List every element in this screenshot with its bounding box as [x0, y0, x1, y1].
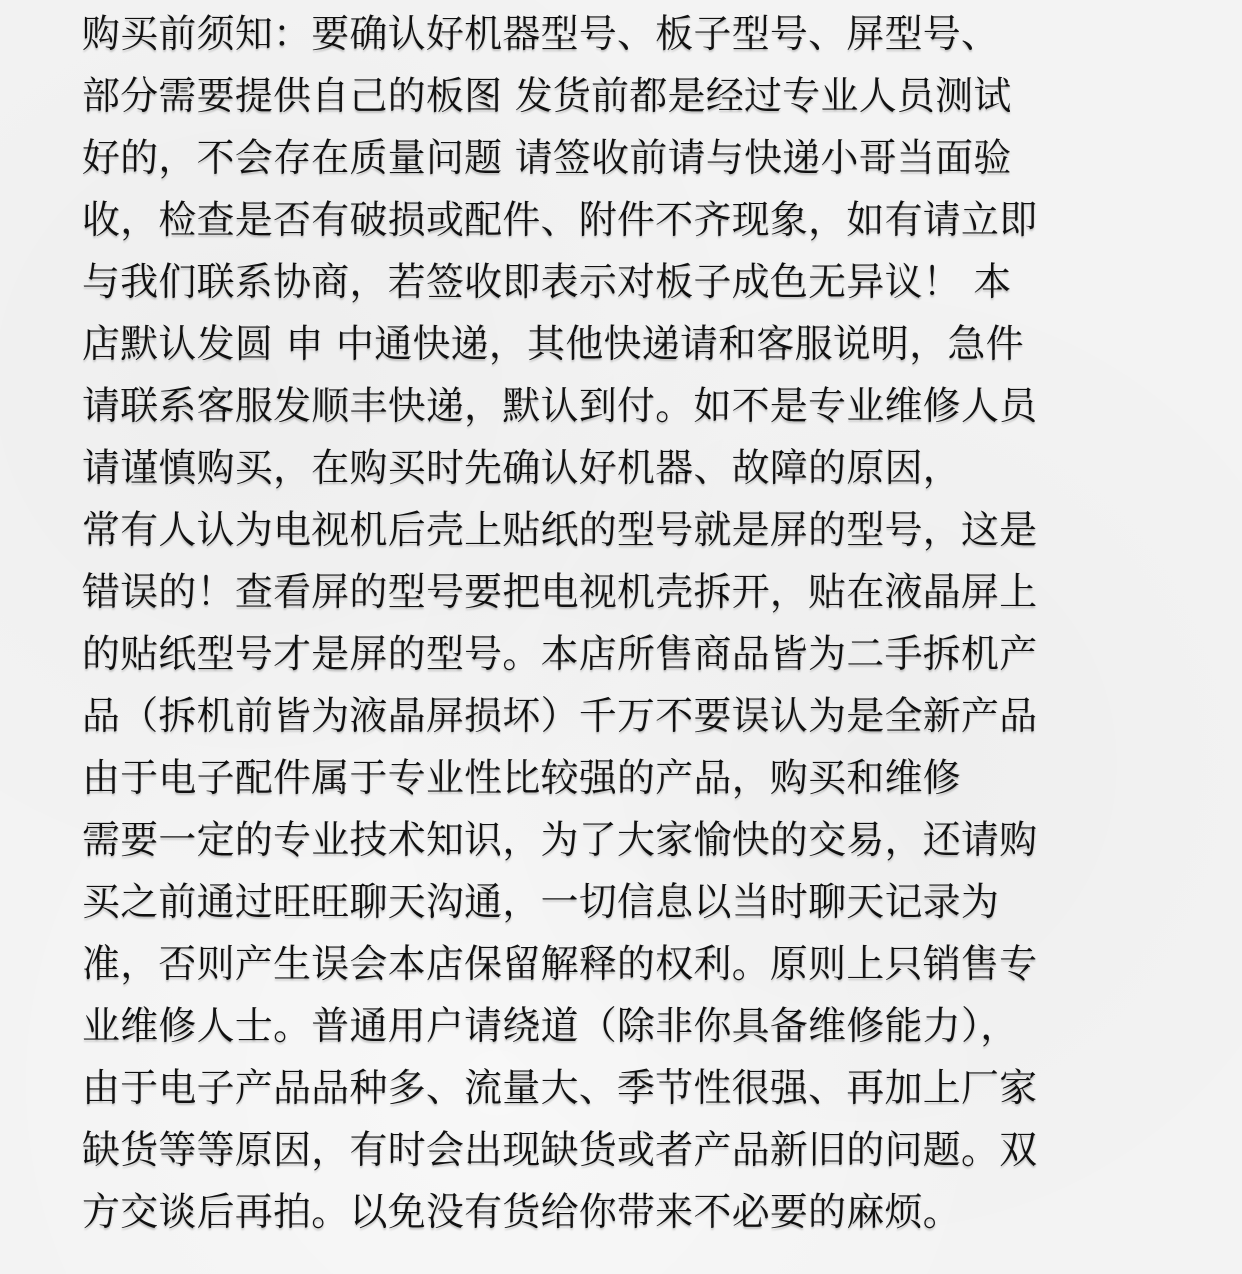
text-line: 常有人认为电视机后壳上贴纸的型号就是屏的型号，这是 — [82, 500, 1037, 562]
text-line: 与我们联系协商，若签收即表示对板子成色无异议！ 本 — [82, 252, 1012, 314]
text-line: 店默认发圆 申 中通快递，其他快递请和客服说明，急件 — [82, 314, 1024, 376]
text-line: 收，检查是否有破损或配件、附件不齐现象，如有请立即 — [82, 190, 1037, 252]
text-line: 买之前通过旺旺聊天沟通，一切信息以当时聊天记录为 — [82, 872, 999, 934]
text-line: 部分需要提供自己的板图 发货前都是经过专业人员测试 — [82, 66, 1012, 128]
text-line: 请谨慎购买，在购买时先确认好机器、故障的原因， — [82, 438, 961, 500]
text-line: 由于电子配件属于专业性比较强的产品，购买和维修 — [82, 748, 961, 810]
text-line: 缺货等等原因，有时会出现缺货或者产品新旧的问题。双 — [82, 1120, 1037, 1182]
text-line: 请联系客服发顺丰快递，默认到付。如不是专业维修人员 — [82, 376, 1037, 438]
text-line: 品（拆机前皆为液晶屏损坏）千万不要误认为是全新产品 — [82, 686, 1037, 748]
text-line: 购买前须知：要确认好机器型号、板子型号、屏型号、 — [82, 4, 999, 66]
text-line: 需要一定的专业技术知识，为了大家愉快的交易，还请购 — [82, 810, 1037, 872]
text-line: 准，否则产生误会本店保留解释的权利。原则上只销售专 — [82, 934, 1037, 996]
text-line: 方交谈后再拍。以免没有货给你带来不必要的麻烦。 — [82, 1182, 961, 1244]
text-line: 的贴纸型号才是屏的型号。本店所售商品皆为二手拆机产 — [82, 624, 1037, 686]
text-line: 业维修人士。普通用户请绕道（除非你具备维修能力）， — [82, 996, 1019, 1058]
text-line: 好的，不会存在质量问题 请签收前请与快递小哥当面验 — [82, 128, 1012, 190]
text-line: 由于电子产品品种多、流量大、季节性很强、再加上厂家 — [82, 1058, 1037, 1120]
text-line: 错误的！查看屏的型号要把电视机壳拆开，贴在液晶屏上 — [82, 562, 1037, 624]
